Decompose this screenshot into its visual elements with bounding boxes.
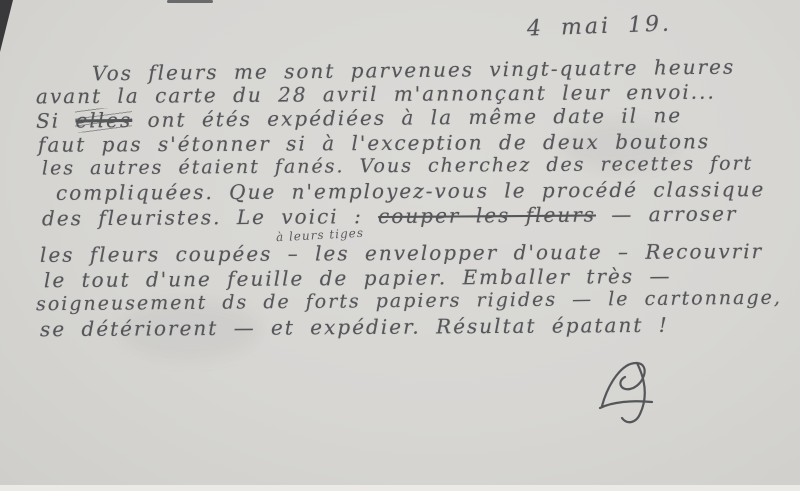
- line-8-text: envelopper d'ouate – Recouvrir: [365, 239, 763, 265]
- scanned-letter-page: 4 mai 19. Vos fleurs me sont parvenues v…: [0, 0, 800, 491]
- line-7-text: — arroser: [611, 202, 737, 227]
- signature-flourish-icon: [592, 352, 672, 430]
- line-8-text: les fleurs coupées – les: [40, 241, 350, 267]
- letter-line-8: les fleurs coupées – les envelopper d'ou…: [40, 239, 763, 267]
- line-3-text: Si: [36, 109, 60, 133]
- scan-edge-mark: [167, 0, 213, 3]
- scan-corner-artifact: [0, 0, 13, 52]
- letter-line-5: les autres étaient fanés. Vous cherchez …: [42, 153, 753, 180]
- line-3-text: ont étés expédiées à la même date il ne: [147, 103, 682, 132]
- line-3-crossed-out-word: elles: [75, 108, 132, 132]
- line-7-crossed-out-words: couper les fleurs: [378, 203, 596, 229]
- letter-line-6: compliquées. Que n'employez-vous le proc…: [56, 177, 765, 205]
- scan-bottom-edge: [0, 485, 800, 491]
- letter-line-11: se détériorent — et expédier. Résultat é…: [40, 313, 669, 341]
- signature-paraph: [592, 352, 672, 430]
- letter-date: 4 mai 19.: [527, 11, 673, 41]
- line-7-text: des fleuristes. Le voici :: [42, 204, 363, 230]
- letter-line-7: des fleuristes. Le voici : couper les fl…: [42, 202, 738, 231]
